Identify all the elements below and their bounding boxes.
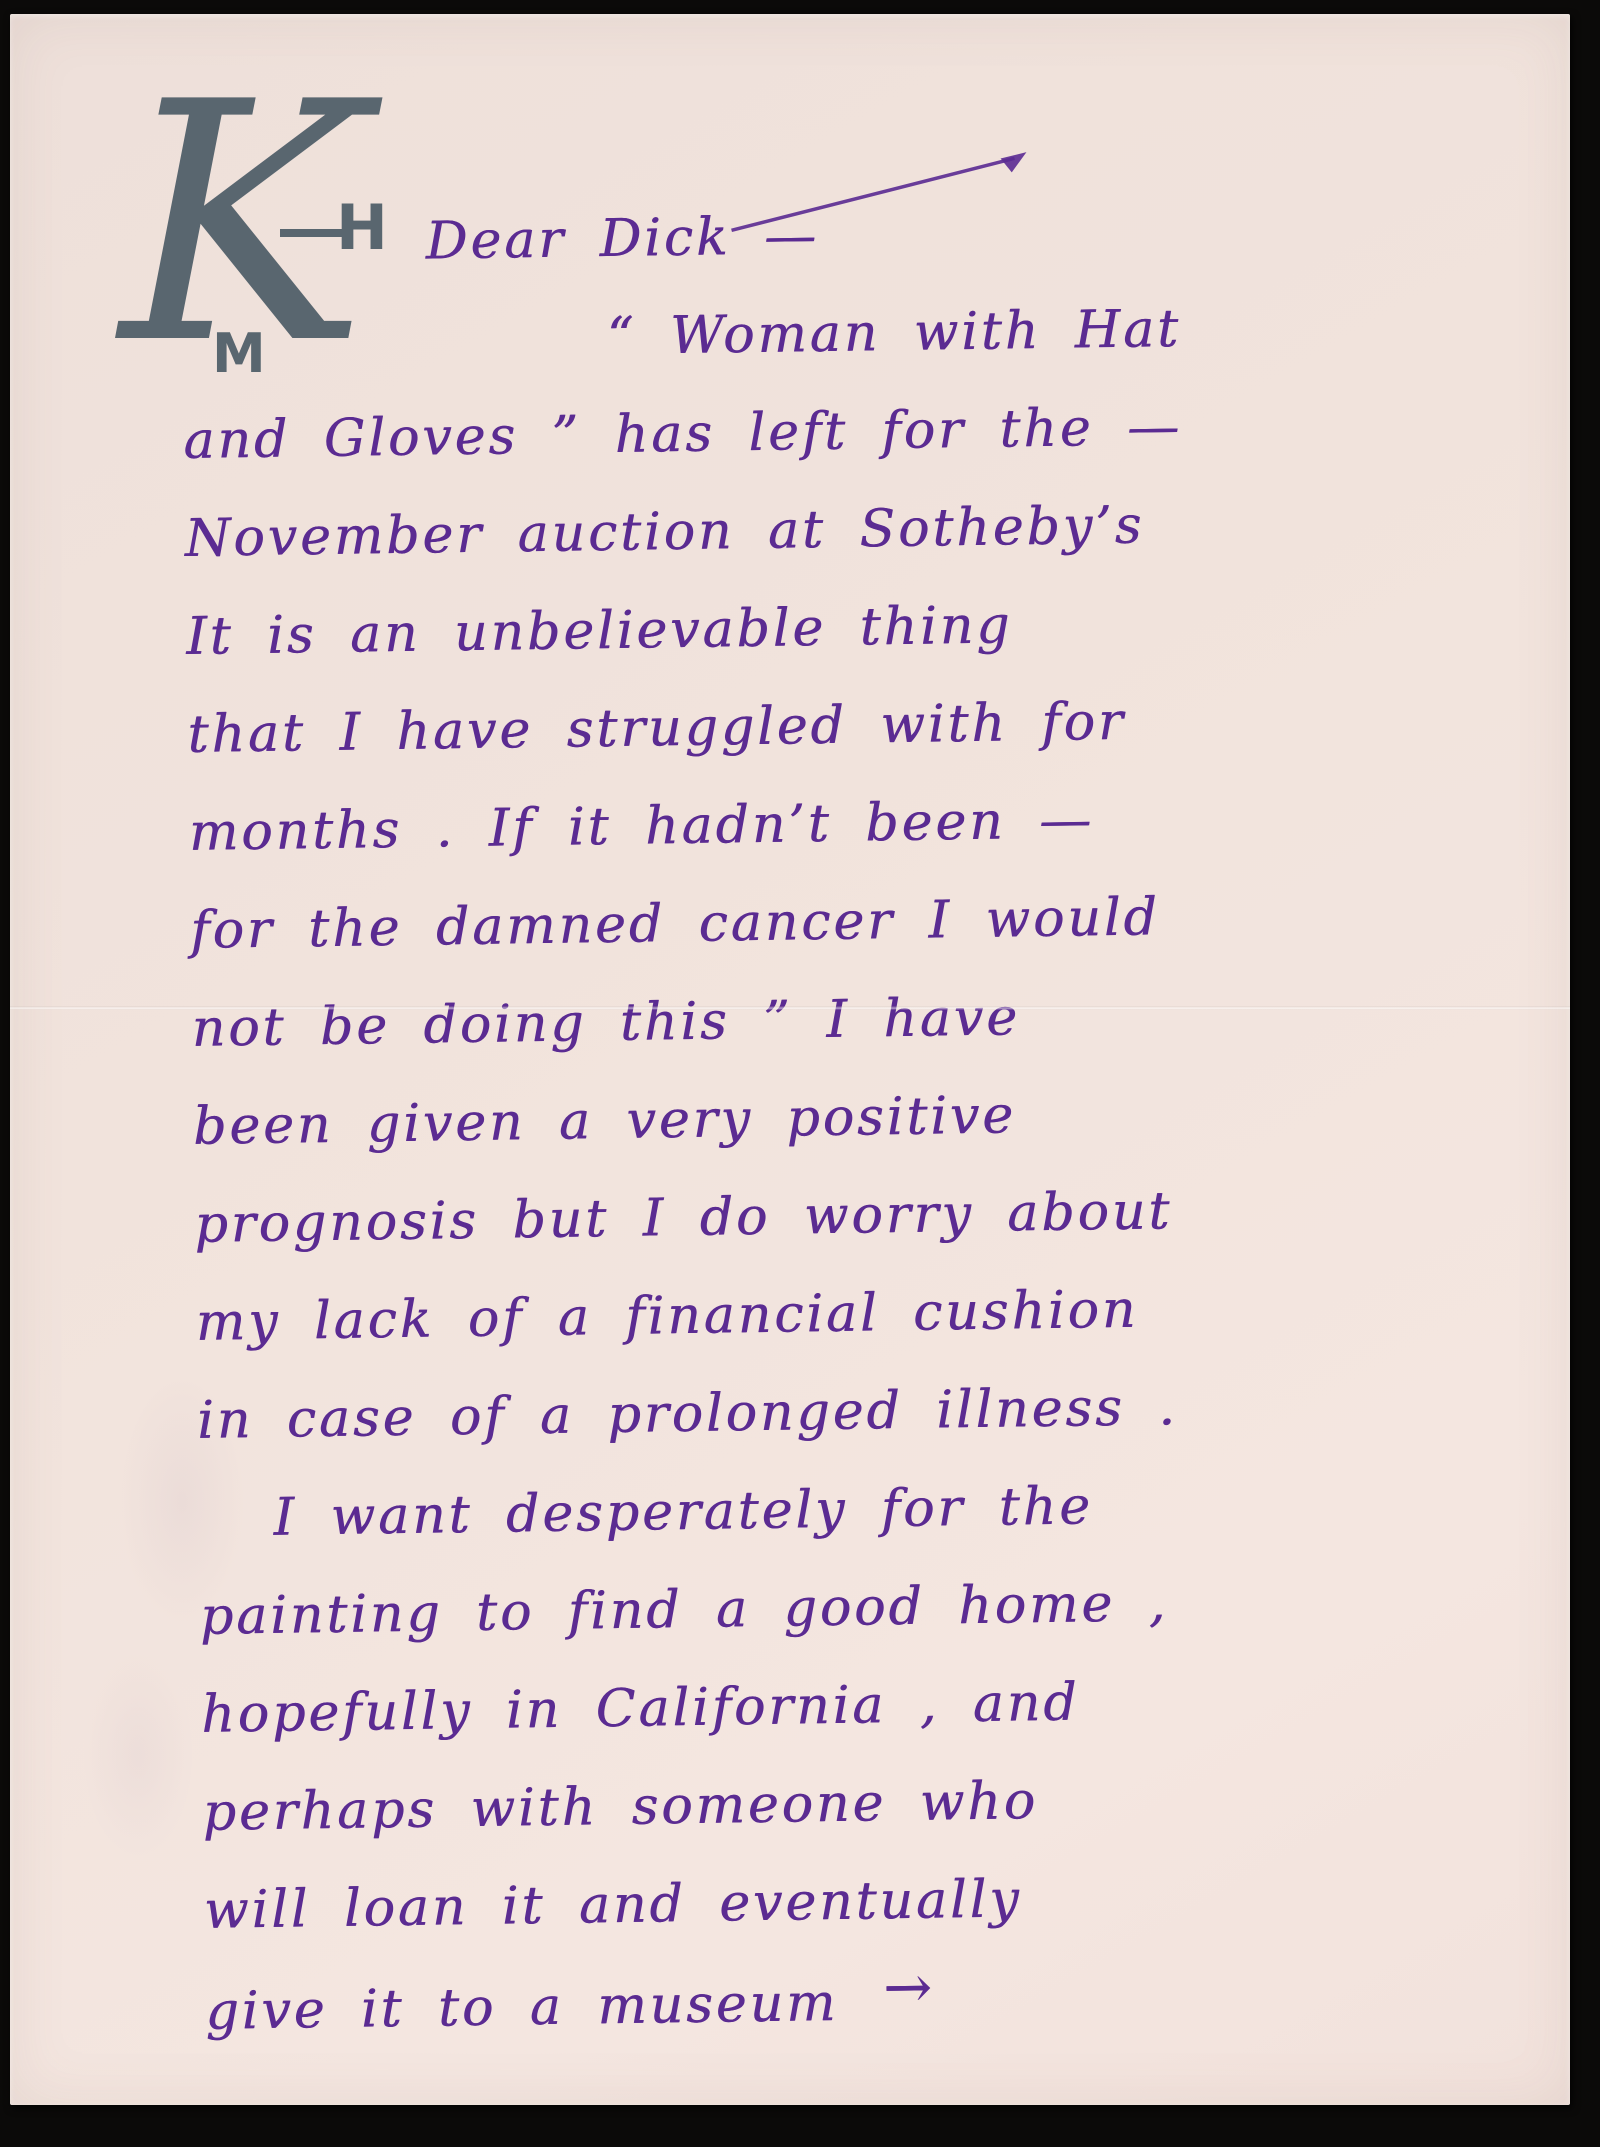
letter-line: I want desperately for the xyxy=(273,1452,1449,1566)
letter-line: prognosis but I do worry about xyxy=(194,1158,1445,1273)
letter-line: my lack of a financial cushion xyxy=(195,1256,1446,1371)
letter-line: painting to find a good home , xyxy=(199,1550,1450,1665)
letter-line: and Gloves ” has left for the — xyxy=(183,375,1434,490)
letter-line: for the damned cancer I would xyxy=(190,864,1441,979)
scan-background: { "colors": { "scan_background": "#0b0a0… xyxy=(0,0,1600,2147)
salutation: Dear Dick — xyxy=(425,179,1431,291)
letter-line: hopefully in California , and xyxy=(201,1648,1452,1763)
letter-line: It is an unbelievable thing xyxy=(185,571,1436,686)
letter-line: “ Woman with Hat xyxy=(606,277,1432,387)
letter-line: give it to a museum→ xyxy=(205,1942,1456,2057)
letter-line: that I have struggled with for xyxy=(187,668,1438,783)
letter-line: perhaps with someone who xyxy=(202,1746,1453,1861)
letter-line: in case of a prolonged illness . xyxy=(196,1354,1447,1469)
letter-body: Dear Dick — “ Woman with Hat and Gloves … xyxy=(180,179,1456,2058)
continuation-arrow: → xyxy=(882,1938,935,2037)
letter-line: not be doing this ” I have xyxy=(191,962,1442,1077)
letter-line: been given a very positive xyxy=(192,1060,1443,1175)
letter-line: months . If it hadn’t been — xyxy=(188,766,1439,881)
letter-line: November auction at Sotheby’s xyxy=(184,473,1435,588)
letter-paper: K H M Dear Dick — “ Woman with Hat and G… xyxy=(10,14,1570,2105)
letter-line: will loan it and eventually xyxy=(203,1844,1454,1959)
